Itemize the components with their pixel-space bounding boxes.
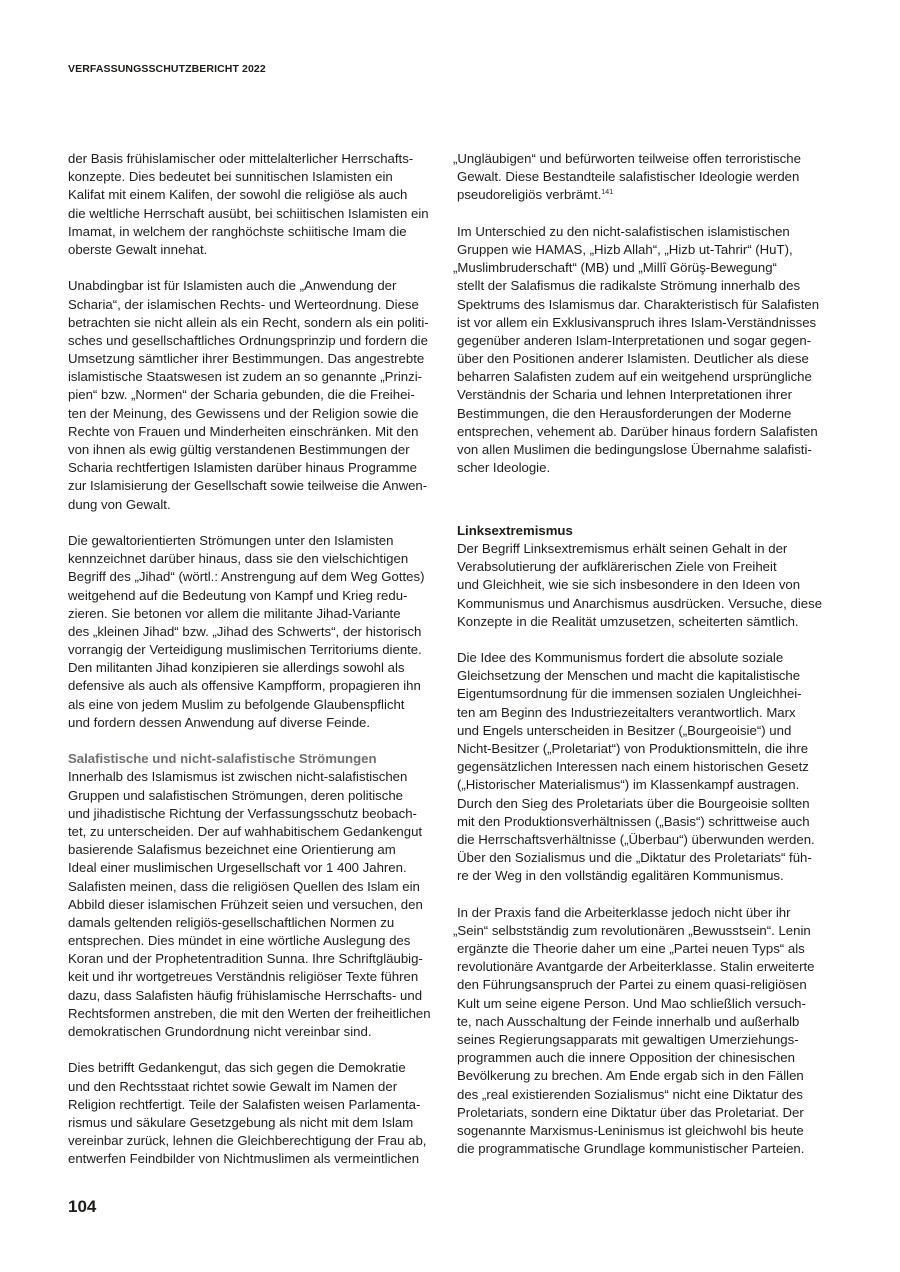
text-line: sches und gesellschaftliches Ordnungspri…: [68, 332, 448, 350]
paragraph: In der Praxis fand die Arbeiterklasse je…: [457, 904, 837, 1159]
paragraph: Unabdingbar ist für Islamisten auch die …: [68, 277, 448, 513]
text-line: In der Praxis fand die Arbeiterklasse je…: [457, 904, 837, 922]
text-line: die programmatische Grundlage kommunisti…: [457, 1140, 837, 1158]
text-line: mit den Produktionsverhältnissen („Basis…: [457, 813, 837, 831]
paragraph: Der Begriff Linksextremismus erhält sein…: [457, 540, 837, 631]
text-line: re der Weg in den vollständig egalitären…: [457, 867, 837, 885]
text-line: ten der Meinung, des Gewissens und der R…: [68, 405, 448, 423]
text-line: pien“ bzw. „Normen“ der Scharia gebunden…: [68, 386, 448, 404]
text-line: defensive als auch als offensive Kampffo…: [68, 677, 448, 695]
text-line: revolutionäre Avantgarde der Arbeiterkla…: [457, 958, 837, 976]
text-line: entsprechen. Dies mündet in eine wörtlic…: [68, 932, 448, 950]
text-line: den Führungsanspruch der Partei zu einem…: [457, 976, 837, 994]
text-line: basierende Salafismus bezeichnet eine Or…: [68, 841, 448, 859]
text-line: des „kleinen Jihad“ bzw. „Jihad des Schw…: [68, 623, 448, 641]
text-line: ten am Beginn des Industriezeitalters ve…: [457, 704, 837, 722]
text-line: und fordern dessen Anwendung auf diverse…: [68, 714, 448, 732]
text-line: Über den Sozialismus und die „Diktatur d…: [457, 849, 837, 867]
text-line: Nicht-Besitzer („Proletariat“) von Produ…: [457, 740, 837, 758]
text-line: entsprechen, vehement ab. Darüber hinaus…: [457, 423, 837, 441]
paragraph: Die Idee des Kommunismus fordert die abs…: [457, 649, 837, 885]
text-line: ist vor allem ein Exklusivanspruch ihres…: [457, 314, 837, 332]
text-line: seines Regierungsapparats mit gewaltigen…: [457, 1031, 837, 1049]
text-line: die Herrschaftsverhältnisse („Überbau“) …: [457, 831, 837, 849]
text-line: Rechte von Frauen und Minderheiten einsc…: [68, 423, 448, 441]
text-line: Kult um seine eigene Person. Und Mao sch…: [457, 995, 837, 1013]
text-line: Im Unterschied zu den nicht-salafistisch…: [457, 223, 837, 241]
text-line: Abbild dieser islamischen Frühzeit seien…: [68, 896, 448, 914]
text-line: Spektrums des Islamismus dar. Charakteri…: [457, 296, 837, 314]
text-line: von allen Muslimen die bedingungslose Üb…: [457, 441, 837, 459]
text-line: beharren Salafisten zudem auf ein weitge…: [457, 368, 837, 386]
text-line: Die Idee des Kommunismus fordert die abs…: [457, 649, 837, 667]
text-line: rismus und säkulare Gesetzgebung als nic…: [68, 1114, 448, 1132]
text-line: („Historischer Materialismus“) im Klasse…: [457, 776, 837, 794]
text-line: und den Rechtsstaat richtet sowie Gewalt…: [68, 1078, 448, 1096]
text-line: Eigentumsordnung für die immensen sozial…: [457, 685, 837, 703]
running-head: VERFASSUNGSSCHUTZBERICHT 2022: [68, 63, 266, 75]
text-line: vorrangig der Verteidigung muslimischen …: [68, 641, 448, 659]
paragraph: Im Unterschied zu den nicht-salafistisch…: [457, 223, 837, 478]
text-line: entwerfen Feindbilder von Nichtmuslimen …: [68, 1150, 448, 1168]
section-subheading: Salafistische und nicht-salafistische St…: [68, 750, 448, 768]
text-line: Verständnis der Scharia und lehnen Inter…: [457, 386, 837, 404]
text-line: betrachten sie nicht allein als ein Rech…: [68, 314, 448, 332]
text-line: Gruppen und salafistischen Strömungen, d…: [68, 787, 448, 805]
paragraph: Die gewaltorientierten Strömungen unter …: [68, 532, 448, 732]
text-line: pseudoreligiös verbrämt.141: [457, 186, 837, 204]
text-line: islamistische Staatswesen ist zudem an s…: [68, 368, 448, 386]
text-line: die weltliche Herrschaft ausübt, bei sch…: [68, 205, 448, 223]
text-line: tet, zu unterscheiden. Der auf wahhabiti…: [68, 823, 448, 841]
text-line: und jihadistische Richtung der Verfassun…: [68, 805, 448, 823]
text-line: zur Islamisierung der Gesellschaft sowie…: [68, 477, 448, 495]
text-line: gegenüber anderen Islam-Interpretationen…: [457, 332, 837, 350]
text-line: Koran und der Prophetentradition Sunna. …: [68, 950, 448, 968]
text-line: Gewalt. Diese Bestandteile salafistische…: [457, 168, 837, 186]
text-line: Begriff des „Jihad“ (wörtl.: Anstrengung…: [68, 568, 448, 586]
text-line: Verabsolutierung der aufklärerischen Zie…: [457, 558, 837, 576]
text-line: Proletariats, sondern eine Diktatur über…: [457, 1104, 837, 1122]
text-line: zieren. Sie betonen vor allem die milita…: [68, 605, 448, 623]
text-line: „Muslimbruderschaft“ (MB) und „Millî Gör…: [453, 259, 837, 277]
left-column: der Basis frühislamischer oder mittelalt…: [68, 150, 448, 1169]
text-line: und Gleichheit, wie sie sich insbesonder…: [457, 576, 837, 594]
text-line: „Ungläubigen“ und befürworten teilweise …: [453, 150, 837, 168]
text-line: Umsetzung sämtlicher ihrer Bestimmungen.…: [68, 350, 448, 368]
footnote-reference: 141: [601, 189, 613, 196]
text-line: kennzeichnet darüber hinaus, dass sie de…: [68, 550, 448, 568]
text-line: scher Ideologie.: [457, 459, 837, 477]
text-line: programmen auch die innere Opposition de…: [457, 1049, 837, 1067]
text-line: der Basis frühislamischer oder mittelalt…: [68, 150, 448, 168]
text-line: stellt der Salafismus die radikalste Str…: [457, 277, 837, 295]
text-line: weitgehend auf die Bedeutung von Kampf u…: [68, 587, 448, 605]
text-line: Kalifat mit einem Kalifen, der sowohl di…: [68, 186, 448, 204]
paragraph: der Basis frühislamischer oder mittelalt…: [68, 150, 448, 259]
text-line: Durch den Sieg des Proletariats über die…: [457, 795, 837, 813]
text-line: Der Begriff Linksextremismus erhält sein…: [457, 540, 837, 558]
text-line: Scharia rechtfertigen Islamisten darüber…: [68, 459, 448, 477]
text-line: Ideal einer muslimischen Urgesellschaft …: [68, 859, 448, 877]
text-line: Innerhalb des Islamismus ist zwischen ni…: [68, 768, 448, 786]
text-line: keit und ihr wortgetreues Verständnis re…: [68, 968, 448, 986]
paragraph: „Ungläubigen“ und befürworten teilweise …: [457, 150, 837, 205]
text-line: des „real existierenden Sozialismus“ nic…: [457, 1086, 837, 1104]
text-line: über den Positionen anderer Islamisten. …: [457, 350, 837, 368]
text-line: Den militanten Jihad konzipieren sie all…: [68, 659, 448, 677]
text-line: Kommunismus und Anarchismus ausdrücken. …: [457, 595, 837, 613]
text-line: Salafisten meinen, dass die religiösen Q…: [68, 878, 448, 896]
section-heading: Linksextremismus: [457, 522, 837, 540]
paragraph: Innerhalb des Islamismus ist zwischen ni…: [68, 768, 448, 1041]
text-line: „Sein“ selbstständig zum revolutionären …: [453, 922, 837, 940]
text-line: oberste Gewalt innehat.: [68, 241, 448, 259]
text-line: als eine von jedem Muslim zu befolgende …: [68, 696, 448, 714]
text-line: Gruppen wie HAMAS, „Hizb Allah“, „Hizb u…: [457, 241, 837, 259]
text-line: te, nach Ausschaltung der Feinde innerha…: [457, 1013, 837, 1031]
text-line: gegensätzlichen Interessen nach einem hi…: [457, 758, 837, 776]
text-line: und Engels unterscheiden in Besitzer („B…: [457, 722, 837, 740]
text-line: Gleichsetzung der Menschen und macht die…: [457, 667, 837, 685]
text-line: Imamat, in welchem der ranghöchste schii…: [68, 223, 448, 241]
text-line: konzepte. Dies bedeutet bei sunnitischen…: [68, 168, 448, 186]
text-line: Dies betrifft Gedankengut, das sich gege…: [68, 1059, 448, 1077]
text-line: Die gewaltorientierten Strömungen unter …: [68, 532, 448, 550]
text-line: Konzepte in die Realität umzusetzen, sch…: [457, 613, 837, 631]
page-number: 104: [68, 1197, 96, 1217]
paragraph: Dies betrifft Gedankengut, das sich gege…: [68, 1059, 448, 1168]
text-line: Unabdingbar ist für Islamisten auch die …: [68, 277, 448, 295]
text-line: Bevölkerung zu brechen. Am Ende ergab si…: [457, 1067, 837, 1085]
right-column: „Ungläubigen“ und befürworten teilweise …: [457, 150, 837, 1158]
text-line: dazu, dass Salafisten häufig frühislamis…: [68, 987, 448, 1005]
text-line: vereinbar zurück, lehnen die Gleichberec…: [68, 1132, 448, 1150]
text-line: ergänzte die Theorie daher um eine „Part…: [457, 940, 837, 958]
text-line: demokratischen Grundordnung nicht verein…: [68, 1023, 448, 1041]
text-line: Bestimmungen, die den Herausforderungen …: [457, 405, 837, 423]
text-line: Rechtsformen anstreben, die mit den Wert…: [68, 1005, 448, 1023]
text-line: dung von Gewalt.: [68, 496, 448, 514]
text-line: damals geltenden religiös-gesellschaftli…: [68, 914, 448, 932]
text-line: sogenannte Marxismus-Leninismus ist glei…: [457, 1122, 837, 1140]
text-line: von ihnen als ewig gültig verstandenen B…: [68, 441, 448, 459]
text-line: Religion rechtfertigt. Teile der Salafis…: [68, 1096, 448, 1114]
text-line: Scharia“, der islamischen Rechts- und We…: [68, 296, 448, 314]
